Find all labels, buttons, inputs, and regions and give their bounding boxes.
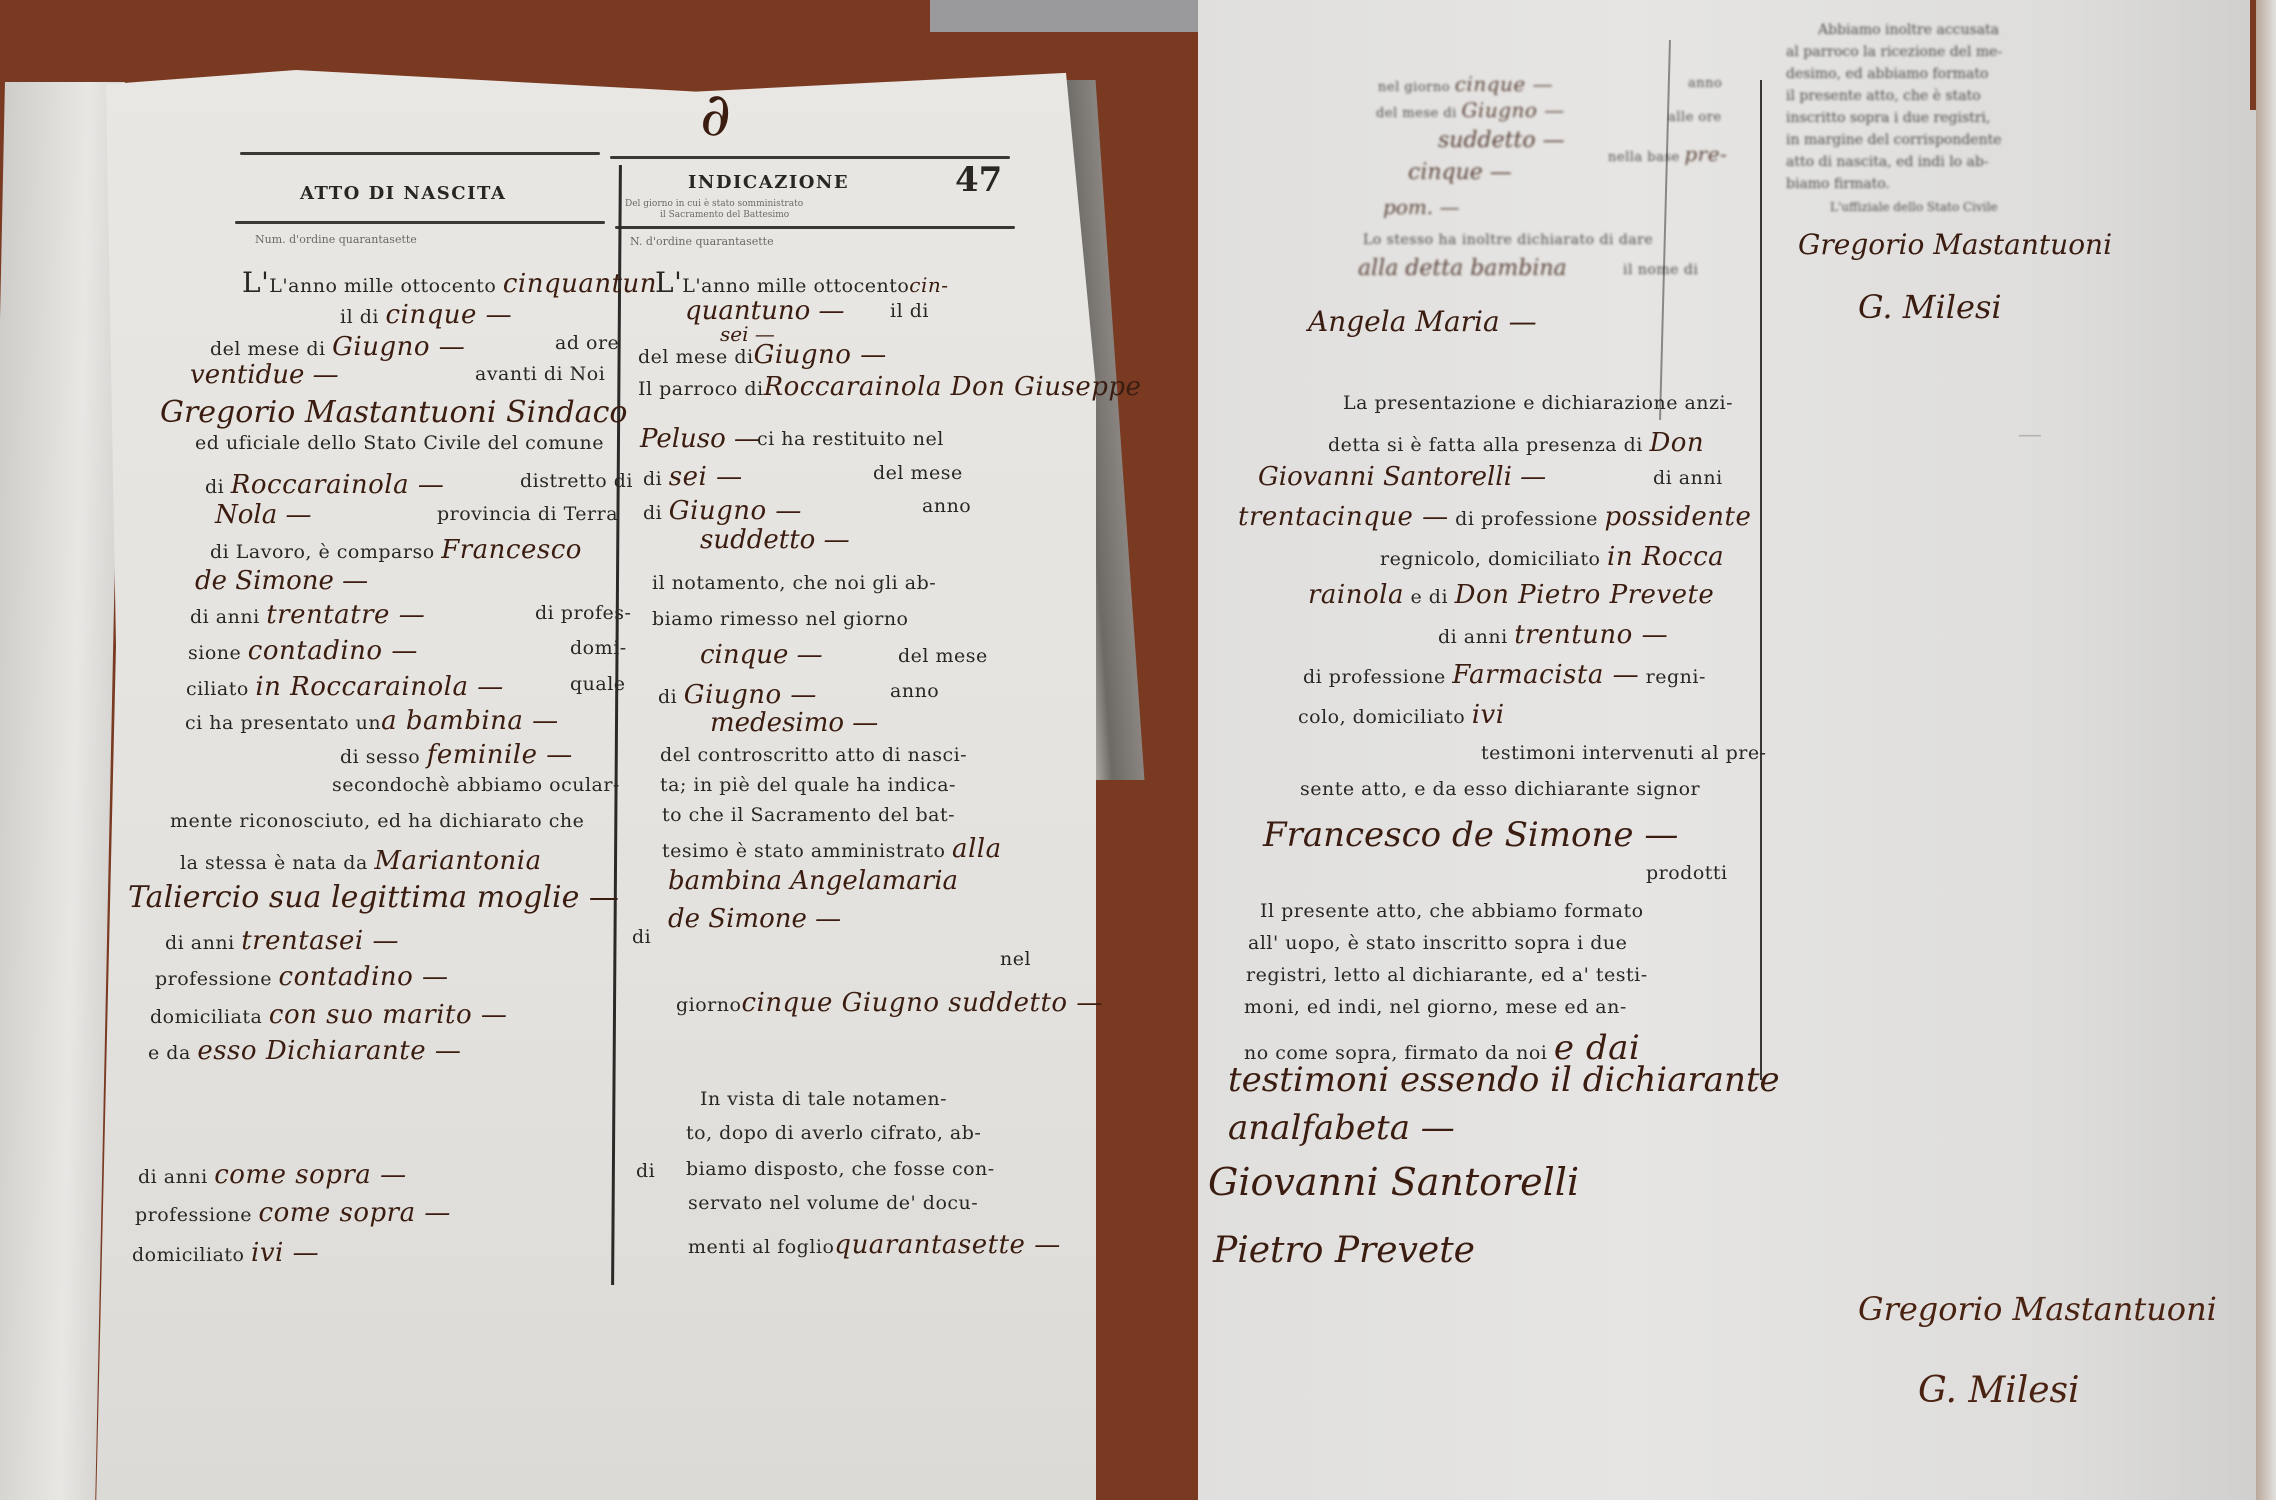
text-line: come sopra — [214,1160,406,1190]
text-line: il di [340,306,379,328]
text-line: Don [1649,428,1704,458]
text-line: di [643,468,662,490]
text-line: esso Dichiarante — [197,1036,461,1066]
text-line: come sopra — [259,1198,451,1228]
text-line: in Rocca [1607,542,1724,572]
text-line: biamo firmato. [1786,176,1890,192]
right-page-photo: nel giorno cinque — anno del mese di Giu… [1198,0,2276,1500]
text-line: professione [155,968,272,990]
text-line: domi- [570,637,627,659]
text-line: Giugno — [1461,98,1564,122]
text-line: giorno [676,994,741,1016]
text-line: di [205,476,224,498]
text-line: trentatre — [266,600,425,630]
text-line: di [632,926,651,948]
element: menti al foglioquarantasette — [688,1230,1061,1260]
officer-label: L'uffiziale dello Stato Civile [1830,200,1998,214]
text-line: to, dopo di averlo cifrato, ab- [686,1122,981,1144]
text-line: cinque — [700,640,823,670]
text-line: quarantasette — [834,1230,1060,1260]
page-number: 47 [955,160,1002,200]
text-line: Roccarainola — [231,470,445,500]
text-line: Angela Maria — [1308,305,1537,338]
text-line: cinque Giugno suddetto — [741,988,1102,1018]
line: del mese di Giugno — [210,332,465,362]
element: trentacinque — di professione possidente [1238,502,1751,532]
text-line: di anni [1653,467,1723,489]
text-line: testimoni intervenuti al pre- [1481,742,1766,764]
element: domiciliata con suo marito — [150,1000,507,1030]
order-number-left: Num. d'ordine quarantasette [255,233,417,246]
element: del mese diGiugno — [638,340,887,370]
text-line: cinquantun [503,269,657,299]
text-line: Il parroco di [638,378,764,400]
text-line: ed uficiale dello Stato Civile del comun… [195,432,604,454]
text-line: moni, ed indi, nel giorno, mese ed an- [1244,996,1627,1018]
text-line: servato nel volume de' docu- [688,1192,978,1214]
element: regnicolo, domiciliato in Rocca [1380,542,1724,572]
text-line: nel giorno [1378,80,1450,95]
witness-signature-1: Giovanni Santorelli [1208,1160,1579,1204]
text-line: cin- [909,273,948,297]
text-line: di [636,1160,655,1182]
text-line: di Lavoro, è comparso [210,541,435,563]
element: professione contadino — [155,962,449,992]
text-line: ciliato [186,678,249,700]
text-line: feminile — [427,740,573,770]
text-line: sei — [669,462,743,492]
text-line: biamo disposto, che fosse con- [686,1158,995,1180]
background-object [930,0,1198,32]
text-line: ci ha restituito nel [757,428,944,450]
text-line: sione [188,642,241,664]
text-line: de Simone — [668,904,841,934]
left-page-photo: ∂ ATTO DI NASCITA INDICAZIONE Del giorno… [0,0,1198,1500]
element [240,152,600,155]
element: colo, domiciliato ivi [1298,700,1505,730]
text-line: ci ha presentato un [185,712,381,734]
page-flourish-mark: ∂ [700,80,731,150]
element [610,156,1010,159]
element: professione come sopra — [135,1198,451,1228]
text-line: trentuno — [1514,620,1668,650]
element: di professione Farmacista — regni- [1303,660,1706,690]
element: e da esso Dichiarante — [148,1036,461,1066]
text-line: inscritto sopra i due registri, [1786,110,1990,126]
text-line: cinque — [1408,160,1512,185]
text-line: trentacinque — [1238,502,1449,532]
text-line: atto di nascita, ed indi lo ab- [1786,154,1989,170]
text-line: di anni [138,1166,208,1188]
text-line: suddetto — [700,525,850,555]
text-line: del mese di [638,346,754,368]
text-line: in Roccarainola — [255,672,503,702]
text-line: domiciliato [132,1244,244,1266]
element [615,226,1015,229]
officer-signature-bottom: Gregorio Mastantuoni [1858,1290,2217,1328]
text-line: secondochè abbiamo ocular- [332,774,620,796]
element: di sesso feminile — [340,740,573,770]
text-line: ad ore [555,332,619,354]
next-page-edge [2256,0,2276,1500]
text-line: quale [570,673,626,695]
text-line: il di [890,300,929,322]
element: di sei — [643,462,743,492]
element: di Lavoro, è comparso Francesco [210,535,582,565]
text-line: prodotti [1646,862,1728,884]
element: di Giugno — [643,496,802,526]
element: L' [242,266,269,299]
text-line: L'anno mille ottocento [269,275,496,297]
text-line: e di [1411,586,1449,608]
text-line: di [643,502,662,524]
witness-signature-2: Pietro Prevete [1213,1230,1475,1271]
text-line: del mese [873,462,963,484]
element: L' [655,266,682,299]
text-line: all' uopo, è stato inscritto sopra i due [1248,932,1627,954]
text-line: desimo, ed abbiamo formato [1786,66,1988,82]
text-line: del mese [898,645,988,667]
text-line: nella base [1608,150,1680,165]
text-line: Mariantonia [374,846,541,876]
text-line: contadino — [248,636,418,666]
text-line: Farmacista — [1452,660,1639,690]
text-line: di profes- [535,602,631,624]
text-line: del mese di [1376,106,1457,121]
element: di anni trentuno — [1438,620,1668,650]
text-line: ta; in piè del quale ha indica- [660,774,956,796]
element: domiciliato ivi — [132,1238,319,1268]
element: di anni trentasei — [165,926,399,956]
text-line: In vista di tale notamen- [700,1088,947,1110]
text-line: cinque — [1455,72,1553,96]
text-line: analfabeta — [1228,1108,1455,1148]
text-line: Peluso — [640,424,760,454]
officer-signature-top: Gregorio Mastantuoni [1798,228,2112,261]
bottom-margin [0,1500,2276,1508]
element: la stessa è nata da Mariantonia [180,846,542,876]
text-line: contadino — [279,962,449,992]
text-line: di professione [1455,508,1598,530]
text-line: colo, domiciliato [1298,706,1465,728]
text-line: regnicolo, domiciliato [1380,548,1600,570]
text-line: menti al foglio [688,1236,834,1258]
text-line: possidente [1604,502,1751,532]
text-line: ventidue — [190,360,339,390]
text-line: Don Pietro Prevete [1455,580,1715,610]
text-line: di [658,686,677,708]
text-line: Roccarainola Don Giuseppe [764,372,1142,402]
element: di Giugno — [658,680,817,710]
text-line: detta si è fatta alla presenza di [1328,434,1643,456]
text-line: distretto di [520,470,633,492]
text-line: testimoni essendo il dichiarante [1228,1060,1780,1100]
text-line: del mese di [210,338,326,360]
text-line: Abbiamo inoltre accusata [1818,22,1999,38]
text-line: ivi — [251,1238,319,1268]
element: sione contadino — [188,636,418,666]
text-line: pom. — [1383,195,1460,219]
element: detta si è fatta alla presenza di Don [1328,428,1704,458]
text-line: con suo marito — [269,1000,508,1030]
declarant-name: Francesco de Simone — [1263,815,1678,855]
text-line: tesimo è stato amministrato [662,840,945,862]
text-line: alla [952,834,1002,864]
text-line: alle ore [1668,110,1722,125]
element: nel giorno cinque — [1378,72,1553,96]
text-line: rainola [1308,580,1404,610]
text-line: Il presente atto, che abbiamo formato [1260,900,1644,922]
text-line: La presentazione e dichiarazione anzi- [1343,392,1733,414]
text-line: alla detta bambina [1358,256,1567,281]
text-line: suddetto — [1438,128,1565,153]
order-number-right: N. d'ordine quarantasette [630,235,774,248]
text-line: Giugno — [332,332,465,362]
text-line: Francesco [441,535,582,565]
text-line: Gregorio Mastantuoni Sindaco [160,395,627,430]
element: rainola e di Don Pietro Prevete [1308,580,1714,610]
text-line: biamo rimesso nel giorno [652,608,909,630]
text-line: Giugno — [684,680,817,710]
text-line: di anni [1438,626,1508,648]
text-line: al parroco la ricezione del me- [1786,44,2002,60]
text-line: del controscritto atto di nasci- [660,744,967,766]
text-line: in margine del corrispondente [1786,132,2002,148]
text-line: mente riconosciuto, ed ha dichiarato che [170,810,584,832]
element: di anni come sopra — [138,1160,407,1190]
text-line: L'anno mille ottocento [682,275,909,297]
element: — [2018,420,2042,448]
text-line: Taliercio sua legittima moglie — [128,880,619,915]
text-line: la stessa è nata da [180,852,368,874]
text-line: Giovanni Santorelli — [1258,462,1546,492]
element: di anni trentatre — [190,600,425,630]
element: alla detta bambina [1358,256,1567,281]
text-line: di anni [190,606,260,628]
text-line: Giugno — [754,340,887,370]
column-divider [1760,80,1762,1080]
text-line: Lo stesso ha inoltre dichiarato di dare [1363,232,1653,248]
element: tesimo è stato amministrato alla [662,834,1002,864]
text-line: nel [1000,948,1031,970]
element [235,221,605,224]
element: del mese di Giugno — [1376,98,1565,122]
text-line: pre- [1684,142,1727,166]
text-line: di professione [1303,666,1446,688]
text-line: Nola — [215,500,311,530]
text-line: registri, letto al dichiarante, ed a' te… [1246,964,1648,986]
header-atto-di-nascita: ATTO DI NASCITA [300,183,506,204]
text-line: Giugno — [669,496,802,526]
text-line: avanti di Noi [475,363,605,385]
text-line: de Simone — [195,566,368,596]
header-indicazione-sub2: il Sacramento del Battesimo [660,210,789,220]
text-line: il nome di [1623,262,1698,278]
element: Il parroco diRoccarainola Don Giuseppe [638,372,1141,402]
text-line: sente atto, e da esso dichiarante signor [1300,778,1700,800]
text-line: il notamento, che noi gli ab- [652,572,936,594]
text-line: professione [135,1204,252,1226]
text-line: di anni [165,932,235,954]
element: ci ha presentato una bambina — [185,706,559,736]
text-line: to che il Sacramento del bat- [662,804,955,826]
text-line: e da [148,1042,191,1064]
text-line: trentasei — [241,926,399,956]
element: ciliato in Roccarainola — [186,672,504,702]
text-line: domiciliata [150,1006,262,1028]
text-line: medesimo — [710,708,878,738]
header-indicazione: INDICAZIONE [688,172,849,193]
text-line: a bambina — [381,706,559,736]
line: L'L'anno mille ottocento cinquantun [242,266,657,299]
text-line: bambina Angelamaria [668,866,958,896]
text-line: regni- [1646,666,1706,688]
text-line: il presente atto, che è stato [1786,88,1981,104]
officer-signature-bottom-2: G. Milesi [1918,1370,2080,1411]
element: L'L'anno mille ottocentocin- [655,266,949,299]
header-indicazione-sub1: Del giorno in cui è stato somministrato [625,199,803,209]
text-line: anno [890,680,939,702]
text-line: provincia di Terra [437,503,618,525]
element: giornocinque Giugno suddetto — [676,988,1103,1018]
element: di Roccarainola — [205,470,444,500]
element: nella base pre- [1608,142,1727,166]
text-line: anno [922,495,971,517]
officer-signature-top-2: G. Milesi [1858,288,2002,326]
text-line: di sesso [340,746,420,768]
text-line: anno [1688,76,1722,91]
line: il di cinque — [340,300,512,330]
text-line: ivi [1472,700,1505,730]
text-line: cinque — [385,300,512,330]
